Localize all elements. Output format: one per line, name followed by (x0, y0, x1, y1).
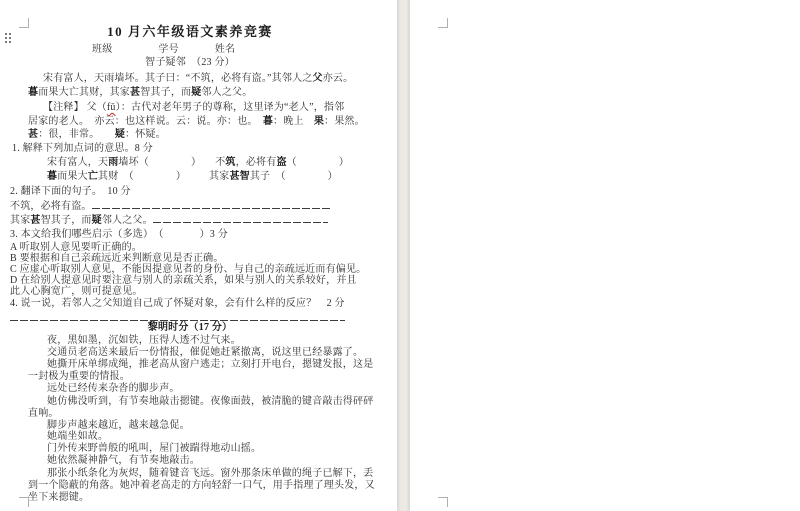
paragraph-drag-handle-icon[interactable] (5, 33, 7, 35)
spellcheck-wavy-underline: fǔ (107, 102, 116, 113)
text-line: 她撕开床单绑成绳，推老高从窗户逃走；立刻打开电台，摁键发报，这是 (47, 359, 373, 371)
text-line: 不筑，必将有盗。 (10, 200, 332, 213)
text-line: 远处已经传来杂沓的脚步声。 (47, 383, 180, 395)
text-line: 暮而果大亡其财 （）其家甚智其子 （） (47, 171, 338, 183)
section-title: 黎明时分（17 分） (0, 322, 380, 334)
page-2: 这次她摁得很轻松，嘴唇翕（xi）动，脸上甚至还带着笑容。门轰然洞开时，她刚好敲完… (410, 0, 800, 511)
text-line: 她依然凝神静气，有节奏地敲击。 (47, 455, 200, 467)
spacer (112, 51, 158, 52)
answer-blank (10, 312, 345, 321)
text-line: 夜，黑如墨，沉如铁，压得人透不过气来。 (47, 335, 241, 347)
text-line: 交通员老高送来最后一份情报，催促她赶紧撤离，说这里已经暴露了。 (47, 347, 363, 359)
student-info-line: 班级学号姓名 (92, 44, 235, 56)
text-line: 宋有富人，天雨墙坏（）不筑，必将有盗（） (47, 157, 349, 169)
spacer (164, 236, 200, 237)
doc-title: 10 月六年级语文素养竞赛 (0, 26, 380, 38)
text-line: 此人心胸宽广，则可提意见。 (10, 286, 143, 298)
margin-crop-mark-top-left-page1 (19, 18, 29, 28)
text-line: 到一个隐蔽的角落。她冲着老高走的方向轻舒一口气，用手指理了理头发，又 (28, 480, 375, 492)
text-line: 坐下来摁键。 (28, 492, 89, 504)
spacer (179, 51, 215, 52)
text-line: 宋有富人，天雨墙坏。其子曰：“不筑，必将有盗。”其邻人之父亦云。 (43, 73, 353, 85)
margin-crop-mark-bottom-left-page1 (19, 497, 29, 507)
text-line: 她仿佛没听到，有节奏地敲击摁键。夜像面鼓，被清脆的键音敲击得砰砰 (47, 396, 373, 408)
answer-blank (153, 214, 328, 223)
spacer (286, 178, 328, 179)
text-line: 甚：很，非常。 疑：怀疑。 (28, 129, 166, 141)
margin-crop-mark-top-left-page2 (438, 18, 448, 28)
spacer (149, 164, 191, 165)
text-line: 她端坐如故。 (47, 431, 108, 443)
text-line: 暮而果大亡其财，其家甚智其子，而疑邻人之父。 (28, 87, 252, 99)
text-line: 其家甚智其子，而疑邻人之父。 (10, 214, 328, 227)
page-gap (397, 0, 410, 511)
text-line: 直响。 (28, 408, 59, 420)
spacer (134, 178, 176, 179)
text-line: 一封极为重要的情报。 (28, 371, 130, 383)
text-line: 那张小纸条化为灰烬，随着键音飞远。窗外那条床单做的绳子已解下，丢 (47, 468, 373, 480)
text-line: 2. 翻译下面的句子。 10 分 (10, 186, 131, 198)
word-document-view: { "ui": { "page_background": "#ffffff", … (0, 0, 800, 511)
text-line: 4. 说一说，若邻人之父知道自己成了怀疑对象，会有什么样的反应？ 2 分 (10, 298, 345, 310)
section-title: 智子疑邻 （23 分） (0, 57, 380, 69)
text-line: 3. 本文给我们哪些启示（多选） （）3 分 (10, 229, 228, 241)
spacer (297, 164, 339, 165)
text-line: 门外传来野兽般的吼叫，屋门被踹得地动山摇。 (47, 443, 261, 455)
text-line: 1. 解释下列加点词的意思。8 分 (12, 143, 153, 155)
spacer (186, 178, 209, 179)
margin-crop-mark-bottom-left-page2 (438, 497, 448, 507)
page-1: 10 月六年级语文素养竞赛班级学号姓名智子疑邻 （23 分）宋有富人，天雨墙坏。… (0, 0, 397, 511)
spacer (201, 164, 215, 165)
answer-blank (92, 200, 332, 209)
text-line: 【注释】 父（fǔ）：古代对老年男子的尊称，这里译为“老人”，指邻 (43, 102, 344, 114)
text-line: 居家的老人。 亦云：也这样说。云：说。亦：也。 暮：晚上 果：果然。 (28, 116, 365, 128)
